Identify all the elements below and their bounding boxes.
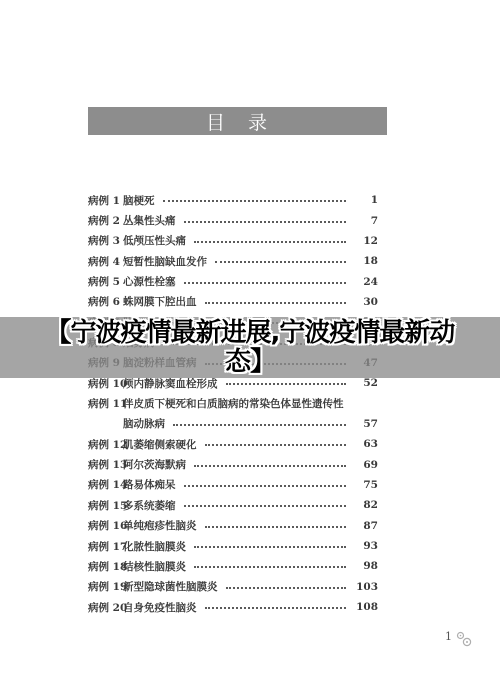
toc-row-label: 病例 12 <box>88 437 123 452</box>
toc-page-number: 108 <box>354 601 378 613</box>
toc-page-number: 87 <box>354 520 378 532</box>
overlay-banner: 【宁波疫情最新进展,宁波疫情最新动 态】 <box>0 317 500 378</box>
toc-row-label: 病例 10 <box>88 376 123 391</box>
toc-page-number: 75 <box>354 479 378 491</box>
toc-row-title: 化脓性脑膜炎 <box>123 539 186 554</box>
toc-leader-dots <box>226 587 347 589</box>
toc-row-title: 自身免疫性脑炎 <box>123 600 197 615</box>
toc-row-title: 阿尔茨海默病 <box>123 457 186 472</box>
toc-row-label: 病例 6 <box>88 294 123 309</box>
toc-page-number: 1 <box>354 194 378 206</box>
toc-row-title: 短暂性脑缺血发作 <box>123 254 207 269</box>
toc-row-title: 丛集性头痛 <box>123 213 176 228</box>
toc-row-label: 病例 4 <box>88 254 123 269</box>
toc-row-label: 病例 3 <box>88 233 123 248</box>
toc-page-number: 63 <box>354 438 378 450</box>
toc-page-number: 103 <box>354 581 378 593</box>
toc-row-label: 病例 15 <box>88 498 123 513</box>
toc-row-title: 结核性脑膜炎 <box>123 559 186 574</box>
toc-page-number: 30 <box>354 296 378 308</box>
toc-page-number: 93 <box>354 540 378 552</box>
toc-leader-dots <box>184 485 347 487</box>
toc-row-continuation: 脑动脉病57 <box>88 414 378 434</box>
toc-leader-dots <box>163 200 347 202</box>
toc-row-title: 脑动脉病 <box>123 416 165 431</box>
toc-leader-dots <box>205 444 347 446</box>
toc-row-label: 病例 11 <box>88 396 123 411</box>
toc-page-number: 24 <box>354 276 378 288</box>
toc-row: 病例 2丛集性头痛7 <box>88 210 378 230</box>
toc-row: 病例 11伴皮质下梗死和白质脑病的常染色体显性遗传性 <box>88 393 378 413</box>
toc-leader-dots <box>205 607 347 609</box>
toc-row-title: 单纯疱疹性脑炎 <box>123 518 197 533</box>
toc-row: 病例 15多系统萎缩82 <box>88 495 378 515</box>
toc-row-title: 蛛网膜下腔出血 <box>123 294 197 309</box>
footer-page-number: 1 <box>438 630 452 643</box>
toc-row-title: 路易体痴呆 <box>123 477 176 492</box>
toc-page-number: 82 <box>354 499 378 511</box>
toc-row: 病例 16单纯疱疹性脑炎87 <box>88 516 378 536</box>
toc-row: 病例 3低颅压性头痛12 <box>88 231 378 251</box>
toc-header-band: 目 录 <box>88 107 387 135</box>
toc-row-title: 脑梗死 <box>123 193 155 208</box>
toc-leader-dots <box>194 566 346 568</box>
toc-page-number: 12 <box>354 235 378 247</box>
toc-row-title: 低颅压性头痛 <box>123 233 186 248</box>
toc-row-label: 病例 5 <box>88 274 123 289</box>
scanned-toc-page: 目 录 病例 1脑梗死1病例 2丛集性头痛7病例 3低颅压性头痛12病例 4短暂… <box>0 0 500 696</box>
toc-page-number: 7 <box>354 215 378 227</box>
toc-header-title: 目 录 <box>206 108 269 135</box>
toc-row: 病例 6蛛网膜下腔出血30 <box>88 292 378 312</box>
toc-row-label: 病例 18 <box>88 559 123 574</box>
toc-row: 病例 17化脓性脑膜炎93 <box>88 536 378 556</box>
toc-leader-dots <box>184 221 347 223</box>
toc-leader-dots <box>194 241 346 243</box>
overlay-banner-text-line1: 【宁波疫情最新进展,宁波疫情最新动 <box>46 319 455 348</box>
toc-row-title: 颅内静脉窦血栓形成 <box>123 376 218 391</box>
toc-row-label: 病例 19 <box>88 579 123 594</box>
toc-leader-dots <box>215 261 346 263</box>
toc-row: 病例 20自身免疫性脑炎108 <box>88 597 378 617</box>
toc-row-title: 新型隐球菌性脑膜炎 <box>123 579 218 594</box>
toc-page-number: 98 <box>354 560 378 572</box>
overlay-banner-text-line2: 态】 <box>225 348 275 377</box>
toc-row: 病例 19新型隐球菌性脑膜炎103 <box>88 577 378 597</box>
toc-row-label: 病例 1 <box>88 193 123 208</box>
toc-leader-dots <box>194 465 346 467</box>
toc-row-label: 病例 14 <box>88 477 123 492</box>
toc-leader-dots <box>226 383 347 385</box>
toc-page-number: 52 <box>354 377 378 389</box>
toc-leader-dots <box>205 526 347 528</box>
toc-row-label: 病例 2 <box>88 213 123 228</box>
toc-row-label: 病例 16 <box>88 518 123 533</box>
toc-leader-dots <box>184 282 347 284</box>
toc-row: 病例 12肌萎缩侧索硬化63 <box>88 434 378 454</box>
toc-row-title: 伴皮质下梗死和白质脑病的常染色体显性遗传性 <box>123 396 344 411</box>
toc-row-label: 病例 13 <box>88 457 123 472</box>
toc-row: 病例 5心源性栓塞24 <box>88 271 378 291</box>
toc-row-title: 肌萎缩侧索硬化 <box>123 437 197 452</box>
toc-row: 病例 14路易体痴呆75 <box>88 475 378 495</box>
toc-leader-dots <box>194 546 346 548</box>
toc-row-label: 病例 20 <box>88 600 123 615</box>
toc-row-label: 病例 17 <box>88 539 123 554</box>
toc-row: 病例 13阿尔茨海默病69 <box>88 454 378 474</box>
toc-row-title: 多系统萎缩 <box>123 498 176 513</box>
toc-row-title: 心源性栓塞 <box>123 274 176 289</box>
toc-leader-dots <box>205 302 347 304</box>
toc-page-number: 18 <box>354 255 378 267</box>
toc-row: 病例 18结核性脑膜炎98 <box>88 556 378 576</box>
toc-list: 病例 1脑梗死1病例 2丛集性头痛7病例 3低颅压性头痛12病例 4短暂性脑缺血… <box>88 190 378 617</box>
toc-row: 病例 1脑梗死1 <box>88 190 378 210</box>
toc-page-number: 69 <box>354 459 378 471</box>
toc-leader-dots <box>173 424 346 426</box>
footer-ornament-icon <box>455 631 473 649</box>
toc-row: 病例 4短暂性脑缺血发作18 <box>88 251 378 271</box>
toc-leader-dots <box>184 505 347 507</box>
toc-page-number: 57 <box>354 418 378 430</box>
